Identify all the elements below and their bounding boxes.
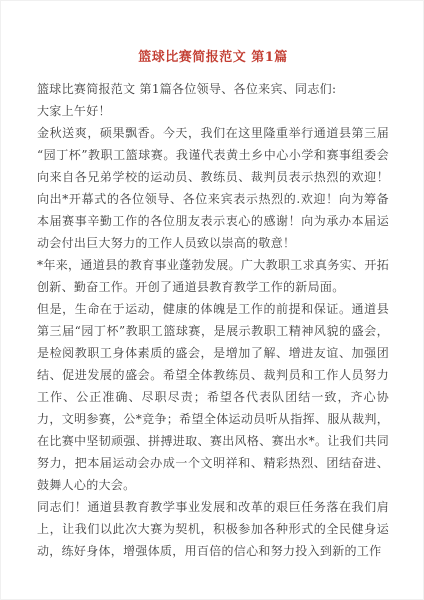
document-page: 篮球比赛简报范文 第1篇 篮球比赛简报范文 第1篇各位领导、各位来宾、同志们: … bbox=[0, 0, 424, 600]
paragraph-greeting: 大家上午好！ bbox=[37, 100, 389, 122]
page-title: 篮球比赛简报范文 第1篇 bbox=[37, 47, 389, 69]
paragraph-salutation: 篮球比赛简报范文 第1篇各位领导、各位来宾、同志们: bbox=[37, 78, 389, 100]
paragraph-welcome: 金秋送爽，硕果飘香。今天，我们在这里隆重举行通道县第三届“园丁杯”教职工篮球赛。… bbox=[37, 122, 389, 254]
paragraph-event-significance: 但是，生命在于运动，健康的体魄是工作的前提和保证。通道县第三届“园丁杯”教职工篮… bbox=[37, 298, 389, 496]
paragraph-education-development: *年来，通道县的教育事业蓬勃发展。广大教职工求真务实、开拓创新、勤奋工作。开创了… bbox=[37, 254, 389, 298]
paragraph-closing-appeal: 同志们！通道县教育教学事业发展和改革的艰巨任务落在我们肩上，让我们以此次大赛为契… bbox=[37, 496, 389, 562]
